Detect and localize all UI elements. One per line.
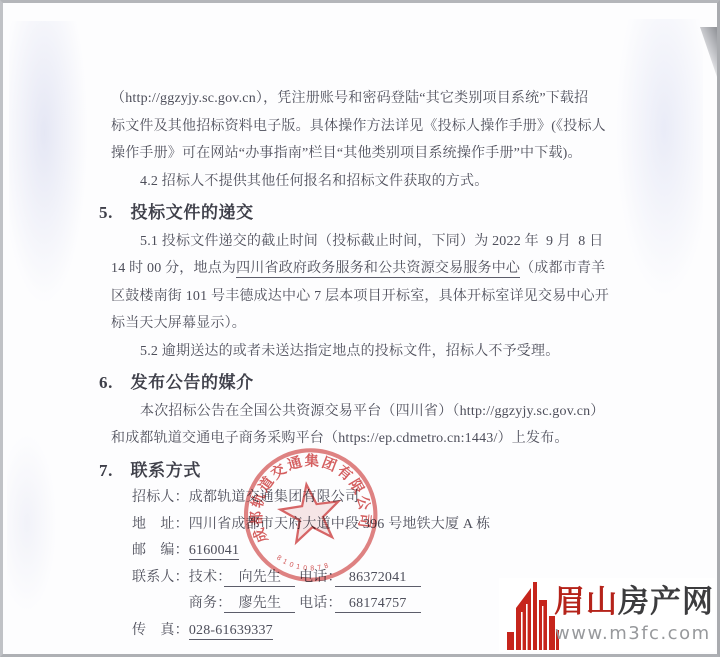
buildings-icon <box>507 582 559 650</box>
scan-blot-right <box>617 19 703 294</box>
watermark: 眉山房产网 www.m3fc.com <box>499 578 715 652</box>
watermark-site-name: 眉山房产网 <box>554 587 714 618</box>
text-segment: 5.1 投标文件递交的截止时间（投标截止时间，下同）为 2022 年 9 月 8… <box>140 234 603 249</box>
section-heading: 5. 投标文件的递交 <box>99 199 619 227</box>
underlined-text: 68174757 <box>335 596 421 613</box>
text-segment: 5. 投标文件的递交 <box>99 203 254 222</box>
text-segment: 标当天大屏幕显示）。 <box>111 316 246 331</box>
text-segment: （成都市青羊 <box>520 261 605 276</box>
watermark-name-dark: 房产网 <box>618 584 714 620</box>
section-heading: 6. 发布公告的媒介 <box>99 369 619 397</box>
paragraph-line: 5.1 投标文件递交的截止时间（投标截止时间，下同）为 2022 年 9 月 8… <box>111 228 619 256</box>
text-segment: 6. 发布公告的媒介 <box>99 373 254 392</box>
watermark-name-red: 眉山 <box>554 584 618 620</box>
paragraph-line: 操作手册》可在网站“办事指南”栏目“其他类别项目系统操作手册”中下载)。 <box>111 140 619 168</box>
text-segment: 区鼓楼南街 101 号丰德成达中心 7 层本项目开标室，具体开标室详见交易中心开 <box>111 289 609 304</box>
text-segment: 4.2 招标人不提供其他任何报名和招标文件获取的方式。 <box>140 174 488 189</box>
text-segment: 14 时 00 分，地点为 <box>111 261 236 276</box>
underlined-text: 6160041 <box>189 543 239 560</box>
underlined-text: 四川省政府政务服务和公共资源交易服务中心 <box>236 261 520 278</box>
text-segment: 联系人：技术： <box>132 570 224 585</box>
text-segment: 传 真： <box>132 623 189 638</box>
underlined-text: 028-61639337 <box>189 623 273 640</box>
paragraph-line: 标当天大屏幕显示）。 <box>111 310 619 338</box>
text-segment: 操作手册》可在网站“办事指南”栏目“其他类别项目系统操作手册”中下载)。 <box>111 146 582 161</box>
paragraph-line: （http://ggzyjy.sc.gov.cn），凭注册账号和密码登陆“其它类… <box>111 85 619 113</box>
paragraph-line: 标文件及其他招标资料电子版。具体操作方法详见《投标人操作手册》(《投标人 <box>111 113 619 141</box>
paragraph-line: 4.2 招标人不提供其他任何报名和招标文件获取的方式。 <box>111 168 619 196</box>
text-segment: （http://ggzyjy.sc.gov.cn），凭注册账号和密码登陆“其它类… <box>111 91 588 106</box>
scan-blot-left-lower <box>7 433 57 613</box>
paragraph-line: 14 时 00 分，地点为四川省政府政务服务和公共资源交易服务中心（成都市青羊 <box>111 255 619 283</box>
text-segment: 标文件及其他招标资料电子版。具体操作方法详见《投标人操作手册》(《投标人 <box>111 119 606 134</box>
scanned-document-page: （http://ggzyjy.sc.gov.cn），凭注册账号和密码登陆“其它类… <box>0 0 720 657</box>
paragraph-line: 5.2 逾期送达的或者未送达指定地点的投标文件，招标人不予受理。 <box>111 338 619 366</box>
text-segment: 邮 编： <box>132 543 189 558</box>
scan-blot-left <box>9 21 87 301</box>
text-segment: 商务： <box>132 596 224 611</box>
company-seal-stamp: 成都轨道交通集团有限公司 81010878 <box>223 424 399 610</box>
paragraph-line: 区鼓楼南街 101 号丰德成达中心 7 层本项目开标室，具体开标室详见交易中心开 <box>111 283 619 311</box>
seal-graphic: 成都轨道交通集团有限公司 81010878 <box>238 442 384 588</box>
paragraph-line: 本次招标公告在全国公共资源交易平台（四川省）（http://ggzyjy.sc.… <box>111 398 619 426</box>
text-segment: 本次招标公告在全国公共资源交易平台（四川省）（http://ggzyjy.sc.… <box>140 404 605 419</box>
watermark-site-url: www.m3fc.com <box>555 623 711 644</box>
page-corner-curl <box>700 27 717 77</box>
text-segment: 7. 联系方式 <box>99 461 201 480</box>
text-segment: 5.2 逾期送达的或者未送达指定地点的投标文件，招标人不予受理。 <box>140 344 559 359</box>
seal-star-icon <box>277 480 343 543</box>
